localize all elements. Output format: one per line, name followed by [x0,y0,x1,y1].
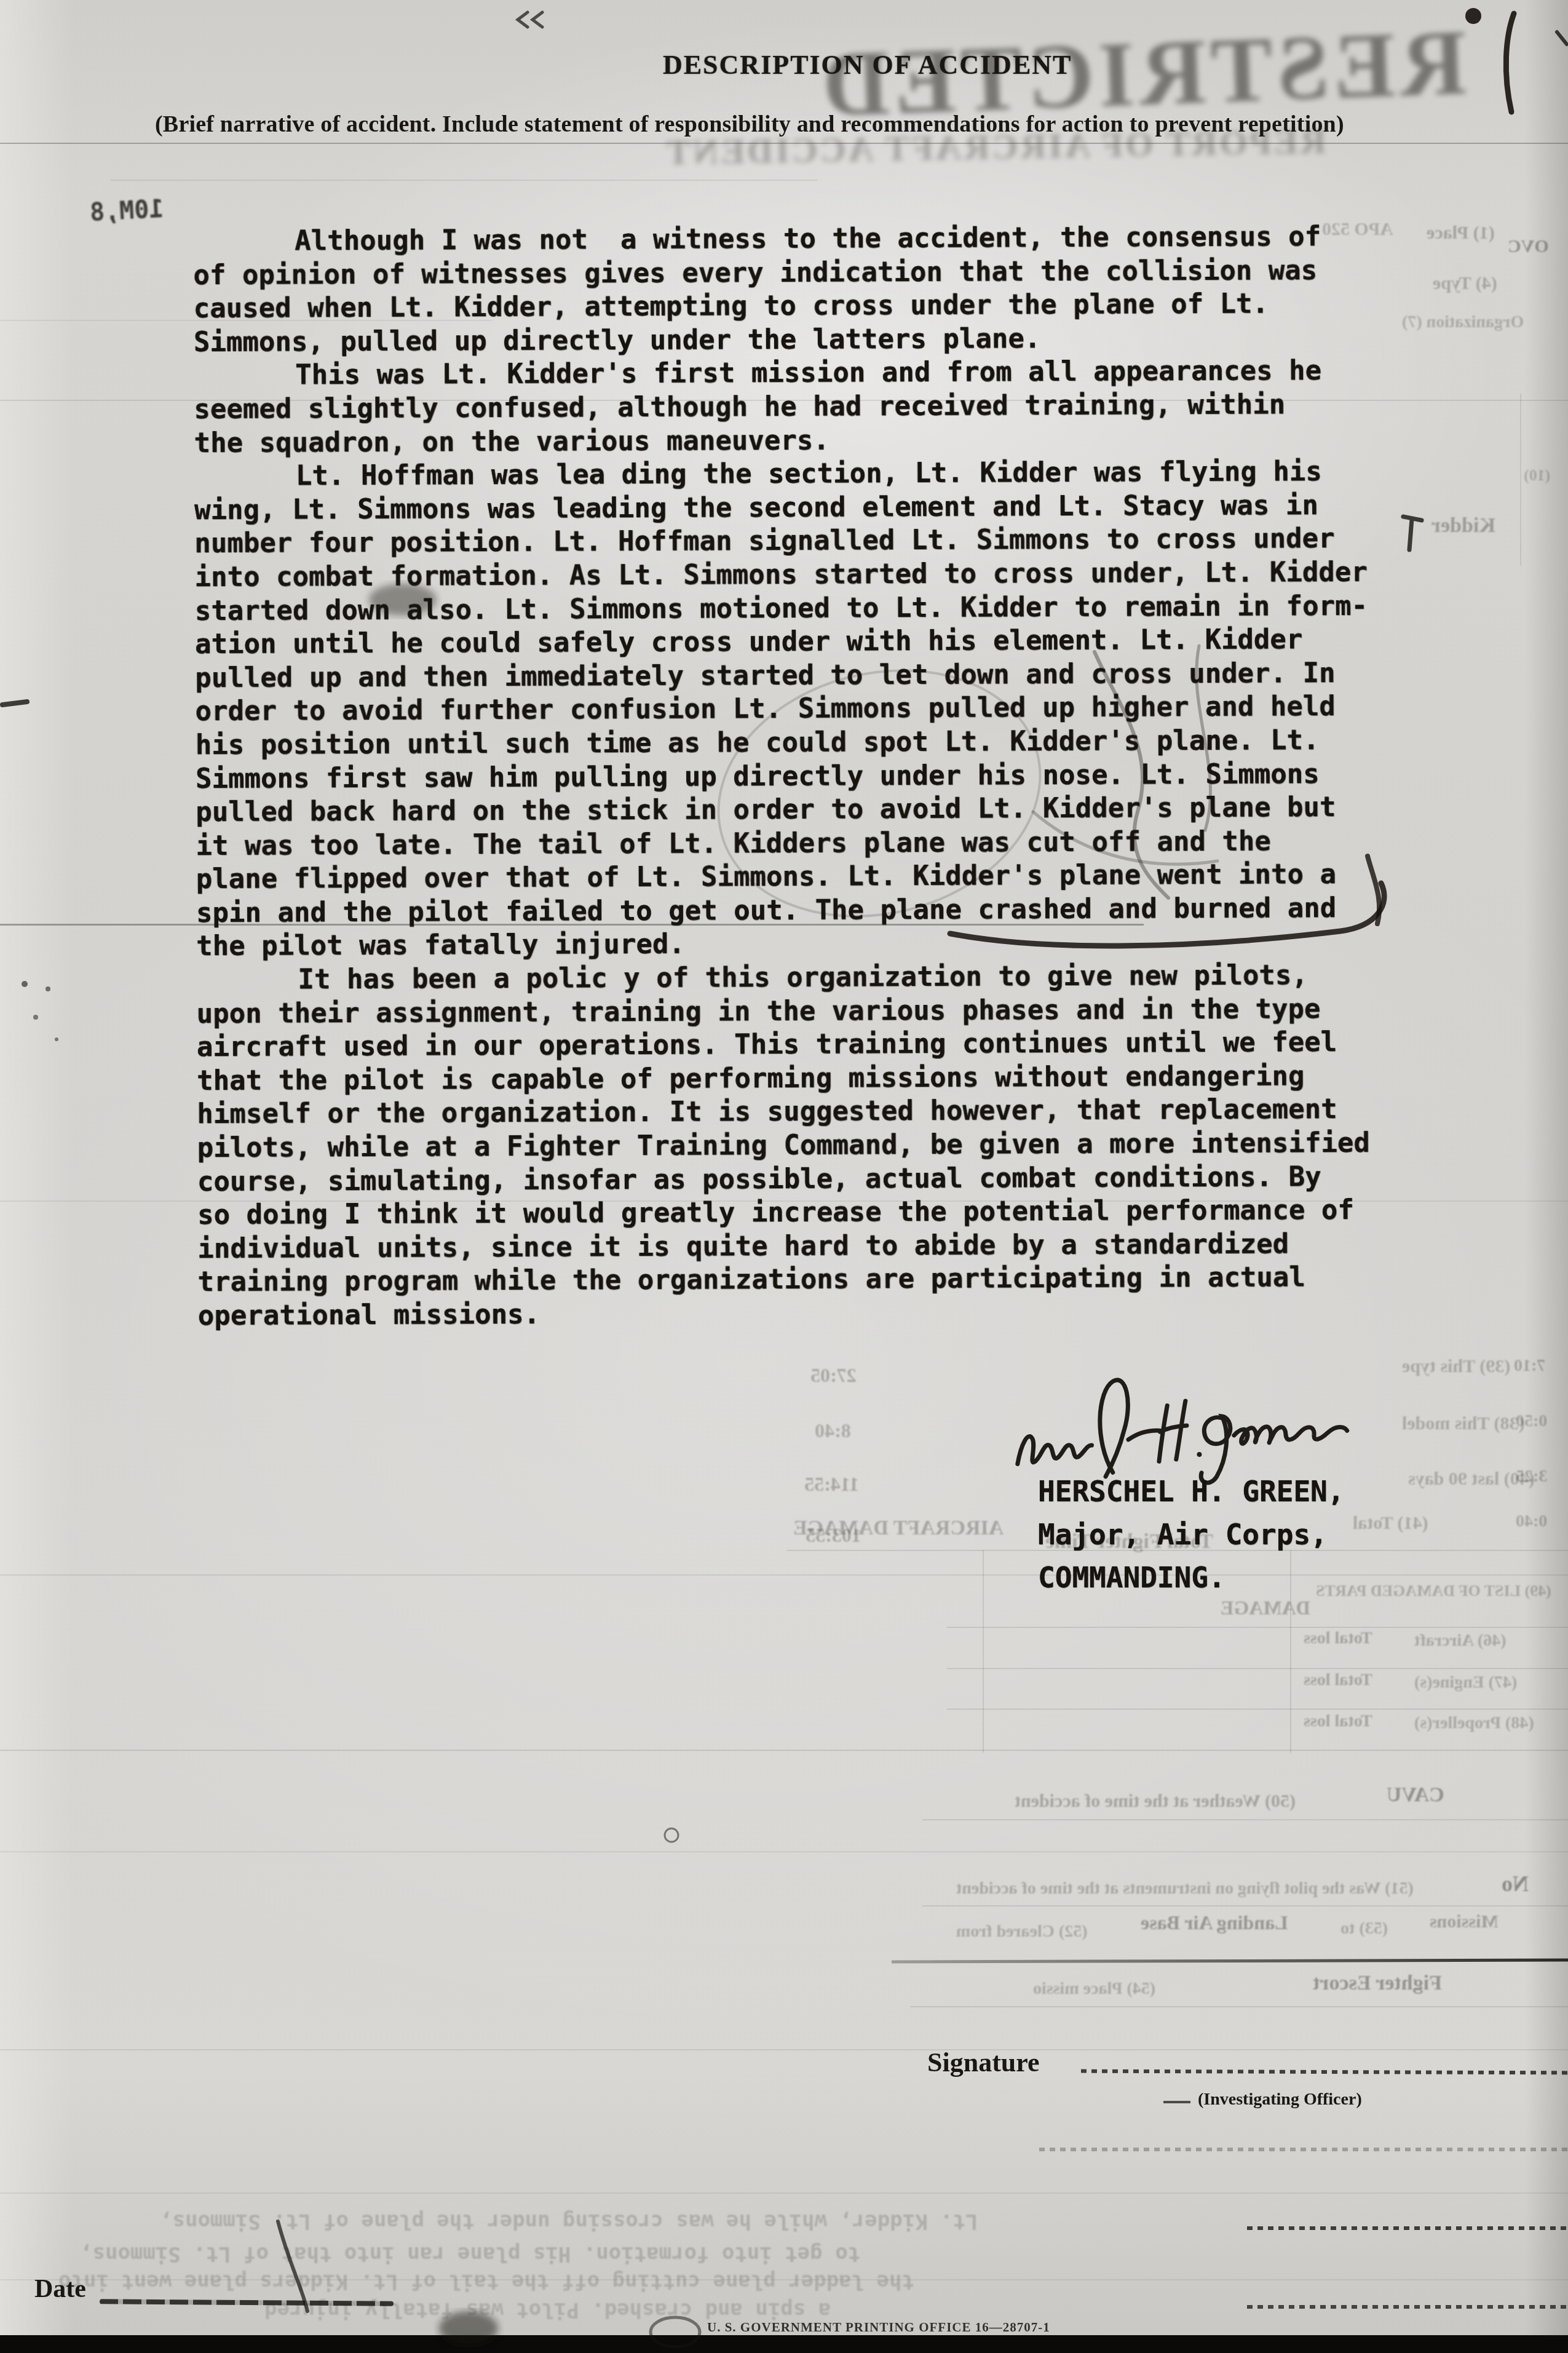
narrative-line: This was Lt. Kidder's first mission and … [194,354,1367,393]
bleed-rotated-line: the ladder plane cutting off the tail of… [58,2269,914,2294]
bleed-fragment: Kidder [1431,514,1495,538]
ghost-table-rule [947,1668,1568,1669]
scanned-accident-report-page: RESTRICTED REPORT OF AIRCRAFT ACCIDENT 1… [0,0,1568,2353]
scan-streak [0,2192,1568,2194]
scan-streak [0,1851,1568,1852]
signer-rank: Major, Air Corps, [1038,1518,1328,1551]
header-rule [0,143,1568,144]
date-field-label: Date [34,2274,86,2304]
ghost-table-rule-vertical [1520,394,1521,566]
bleed-fragment: No [1502,1871,1529,1897]
ghost-table-rule-vertical [1290,1550,1291,1753]
bleed-fragment: (4) Type [1433,273,1497,294]
bleed-fragment: 7:10 [1514,1356,1545,1376]
scan-bottom-edge [0,2335,1568,2353]
bleed-fragment: Total loss [1304,1712,1372,1731]
bleed-fragment: OVC [1508,236,1549,257]
narrative-line: Lt. Hoffman was lea ding the section, Lt… [194,455,1368,494]
narrative-line: started down also. Lt. Simmons motioned … [195,589,1368,628]
narrative-line: the pilot was fatally injured. [196,925,1369,964]
narrative-line: It has been a polic y of this organizati… [196,959,1369,998]
dotted-line [1247,2305,1568,2309]
narrative-line: so doing I think it would greatly increa… [197,1194,1371,1232]
narrative-line: Simmons first saw him pulling up directl… [196,757,1369,796]
bleed-fragment: 27:05 [810,1364,857,1387]
bleed-fragment: (39) This type [1402,1356,1510,1377]
narrative-line: ation until he could safely cross under … [195,623,1368,662]
bleed-fragment: (54) Place missio [1033,1979,1155,1999]
narrative-line: that the pilot is capable of performing … [197,1060,1370,1098]
narrative-line: pilots, while at a Fighter Training Comm… [197,1127,1371,1165]
bleed-fragment: 114:55 [804,1473,859,1496]
bleed-fragment: Fighter Escort [1313,1972,1442,1995]
narrative-line: caused when Lt. Kidder, attempting to cr… [194,287,1367,326]
ghost-table-rule [922,1905,1568,1907]
signer-command: COMMANDING. [1038,1561,1225,1594]
accident-narrative: Although I was not a witness to the acci… [193,220,1371,1333]
section-subtitle: (Brief narrative of accident. Include st… [155,111,1344,138]
bleed-rotated-line: to get into formation. His plane ran int… [80,2242,860,2266]
bleed-fragment: (53) to [1340,1919,1388,1938]
narrative-line: number four position. Lt. Hoffman signal… [194,522,1368,561]
investigating-officer-caption: (Investigating Officer) [1198,2090,1362,2109]
bleed-fragment: 0:40 [1516,1512,1547,1531]
bleed-fragment: 3:25 [1516,1467,1547,1486]
bleed-fragment: CAVU [1387,1784,1444,1807]
bleed-fragment: (41) Total [1353,1513,1428,1534]
dark-rule-line [892,1959,1568,1964]
narrative-line: into combat formation. As Lt. Simmons st… [194,556,1368,595]
narrative-line: individual units, since it is quite hard… [197,1228,1371,1266]
bleed-fragment: Missions [1430,1911,1499,1932]
scan-streak [111,180,818,181]
ghost-table-rule-vertical [983,1550,984,1753]
bleed-fragment: Total loss [1304,1629,1372,1648]
ghost-table-rule [0,1750,1568,1751]
bleed-fragment: Total loss [1304,1670,1372,1690]
narrative-line: himself or the organization. It is sugge… [197,1093,1370,1132]
ghost-table-rule [0,1574,1568,1576]
ghost-table-rule [910,2006,1568,2007]
bleed-fragment: (51) Was the pilot flying on instruments… [956,1879,1414,1899]
narrative-line: it was too late. The tail of Lt. Kidders… [196,825,1369,863]
narrative-line: his position until such time as he could… [196,724,1369,763]
narrative-line: the squadron, on the various maneuvers. [194,421,1368,460]
narrative-line: wing, Lt. Simmons was leading the second… [194,489,1368,528]
bleed-fragment: (47) Engine(s) [1414,1673,1517,1692]
bleed-fragment: AIRCRAFT DAMAGE [793,1517,1004,1540]
bleed-fragment: (1) Place [1427,223,1495,244]
narrative-line: course, simulating, insofar as possible,… [197,1160,1371,1199]
printing-office-imprint: U. S. GOVERNMENT PRINTING OFFICE 16—2870… [707,2320,1050,2335]
narrative-line: order to avoid further confusion Lt. Sim… [195,690,1368,729]
narrative-line: of opinion of witnesses gives every indi… [193,253,1366,292]
scan-streak [0,2279,1568,2280]
ghost-dotted-line [1039,2148,1568,2151]
signature-field-label: Signature [927,2047,1040,2078]
narrative-line: training program while the organizations… [197,1261,1371,1300]
dotted-line [1247,2226,1568,2230]
ghost-table-rule [947,1708,1568,1710]
narrative-line: seemed slightly confused, although he ha… [194,388,1367,427]
bleed-fragment: Organization (7) [1402,312,1524,332]
ghost-table-rule [922,1819,1568,1820]
narrative-line: spin and the pilot failed to get out. Th… [196,892,1369,930]
narrative-line: Simmons, pulled up directly under the la… [194,321,1367,360]
bleed-fragment: (49) LIST OF DAMAGED PARTS [1316,1582,1551,1600]
section-title: DESCRIPTION OF ACCIDENT [663,49,1072,81]
margin-bleed-note: 10M,8 [89,195,165,227]
narrative-line: pulled up and then immediately started t… [195,657,1368,696]
bleed-fragment: (46) Aircraft [1414,1631,1507,1651]
narrative-line: Although I was not a witness to the acci… [193,220,1366,259]
bleed-fragment: (52) Cleared from [956,1922,1088,1942]
bleed-fragment: (38) This model [1402,1413,1524,1434]
bleed-fragment: Landing Air Base [1141,1911,1288,1934]
narrative-line: aircraft used in our operations. This tr… [197,1026,1370,1065]
scan-streak [0,2049,1568,2050]
bleed-rotated-line: Lt. Kidder, while he was crossing under … [160,2209,978,2234]
bleed-fragment: (48) Propeller(s) [1414,1713,1534,1733]
signature-line [1081,2069,1568,2075]
bleed-fragment: (10) [1524,466,1550,485]
narrative-line: operational missions. [198,1295,1371,1333]
bleed-fragment: (50) Weather at the time of accident [1015,1791,1296,1812]
ghost-table-rule [947,1627,1568,1628]
narrative-line: upon their assignment, training in the v… [197,992,1370,1031]
narrative-line: pulled back hard on the stick in order t… [196,791,1369,830]
bleed-fragment: DAMAGE [1221,1597,1310,1619]
signer-name: HERSCHEL H. GREEN, [1038,1475,1345,1508]
bleed-fragment: 0:50 [1516,1411,1547,1431]
bleed-fragment: 8:40 [815,1419,851,1442]
narrative-line: plane flipped over that of Lt. Simmons. … [196,858,1369,897]
